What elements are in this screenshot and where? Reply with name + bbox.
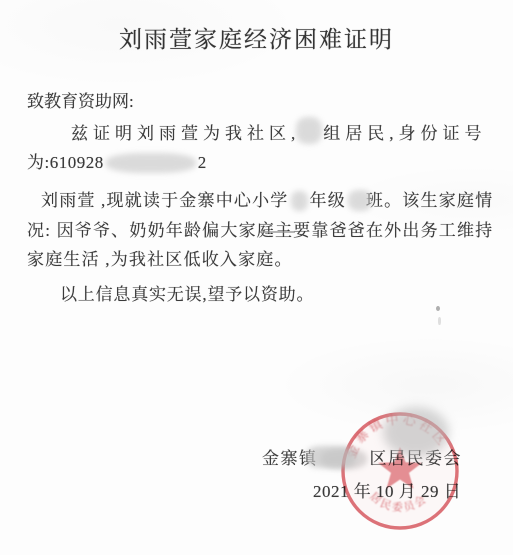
body-line-4-text: 家庭生活 ,为我社区低收入家庭。: [27, 249, 293, 270]
salutation-text: 致教育资助网:: [27, 91, 134, 112]
redaction-blur-signature-overlay: [307, 446, 355, 468]
scan-speck-artifact-2: [438, 317, 441, 325]
redaction-blur-class: [348, 190, 372, 211]
redaction-blur-community-group: [296, 117, 322, 144]
closing-text: 以上信息真实无误,望予以资助。: [60, 284, 314, 305]
id-number-prefix: 为:610928: [27, 152, 104, 173]
salutation-line: 致教育资助网:: [27, 91, 134, 112]
body-line-2-text-c: 班。该生家庭情: [366, 190, 493, 211]
body-line-2: 刘雨萱 ,现就读于金寨中心小学 年级 班。该生家庭情: [41, 190, 493, 211]
scanned-certificate-page: 刘雨萱家庭经济困难证明 致教育资助网: 兹证明刘雨萱为我社区, 组居民,身份证号…: [0, 0, 513, 555]
body-line-2-text-a: 刘雨萱 ,现就读于金寨中心小学: [41, 190, 289, 211]
body-line-1-text-a: 兹证明刘雨萱为我社区,: [71, 123, 300, 144]
body-line-1: 兹证明刘雨萱为我社区, 组居民,身份证号: [71, 117, 487, 144]
body-line-2-text-b: 年级: [310, 190, 346, 211]
redaction-blur-seal: [383, 407, 449, 457]
body-line-4: 家庭生活 ,为我社区低收入家庭。: [27, 249, 293, 270]
id-number-line: 为:610928 2: [27, 152, 207, 173]
redaction-blur-id-number: [106, 153, 196, 173]
scan-underline-artifact: [260, 231, 295, 233]
body-line-1-text-b: 组居民,身份证号: [323, 123, 486, 144]
certificate-title: 刘雨萱家庭经济困难证明: [0, 21, 513, 54]
id-number-suffix: 2: [198, 152, 207, 173]
redaction-blur-grade: [291, 191, 308, 211]
scan-speck-artifact: [436, 306, 440, 311]
closing-line: 以上信息真实无误,望予以资助。: [60, 284, 314, 305]
